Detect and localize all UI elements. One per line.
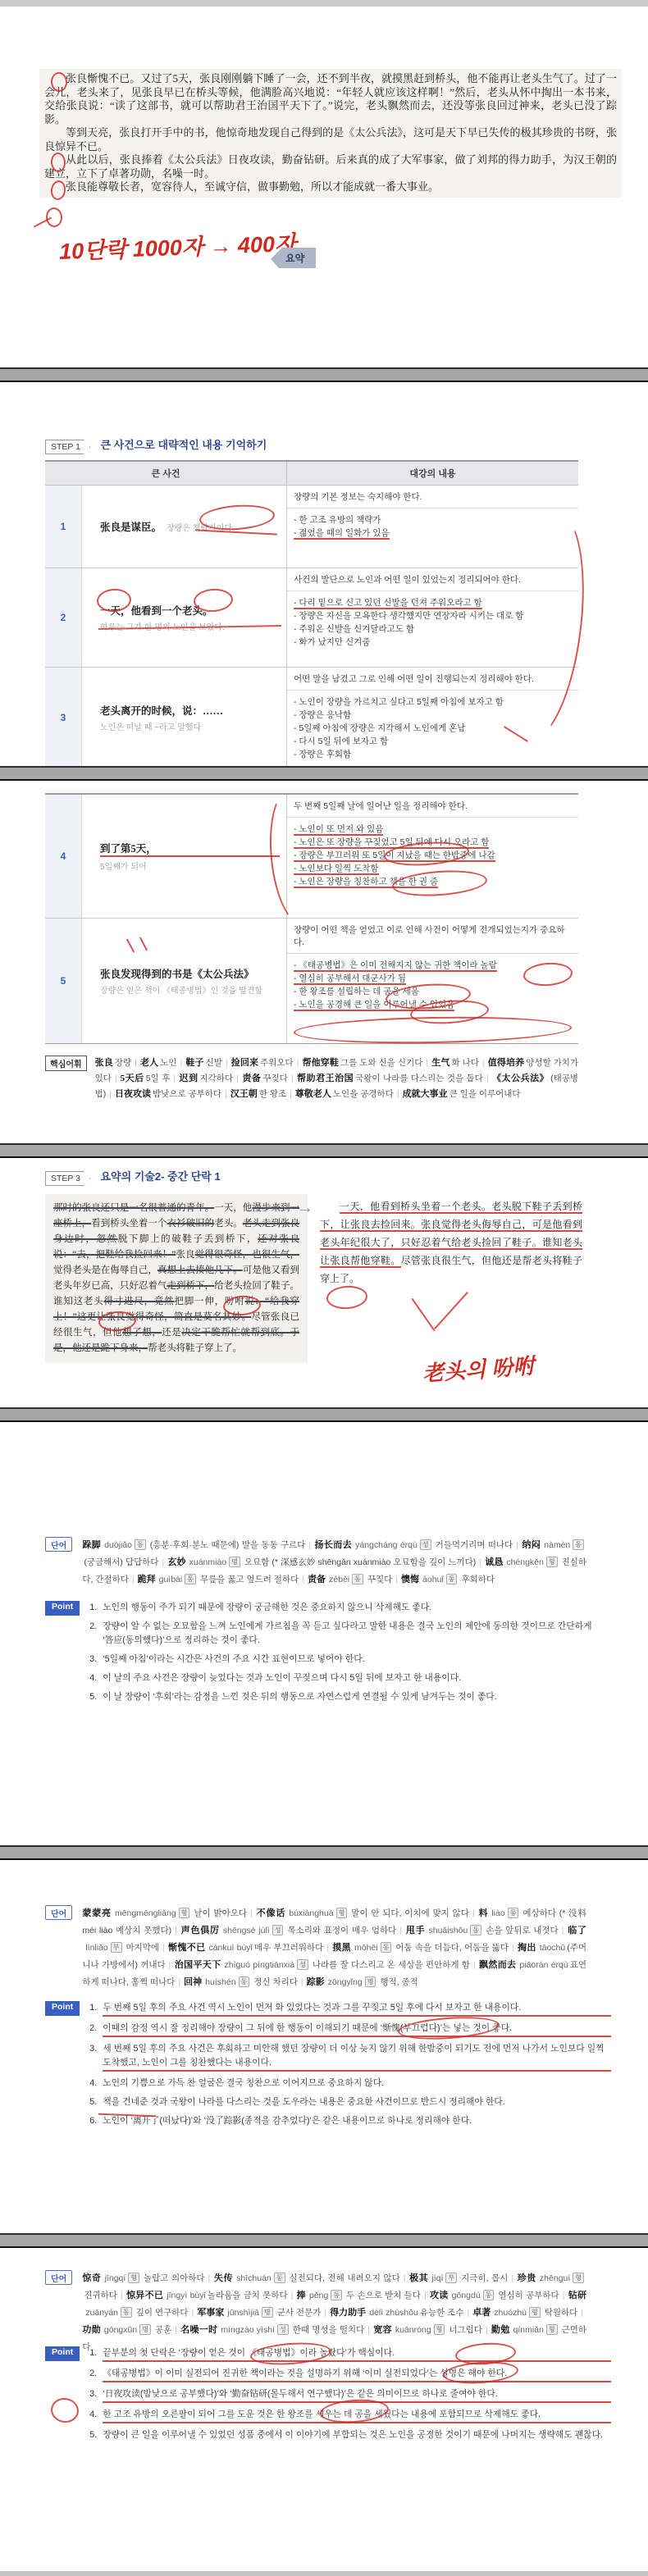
step1-header: STEP 1 큰 사건으로 대략적인 내용 기억하기 — [45, 436, 267, 454]
bullet-item: - 노인을 공경해 큰 일을 이루어낼 수 있었음 — [294, 998, 572, 1011]
step-title: 요약의 기술2- 중간 단락 1 — [100, 1170, 220, 1183]
text-segment: 那时的张良还只是一名很普通的青年。 — [53, 1203, 214, 1213]
text-segment: 觉得老头是在侮辱自己， — [53, 1265, 157, 1275]
text-segment: 还是 — [162, 1328, 181, 1338]
vocab-list: 蒙蒙亮mēngmēngliàng형날이 밝아오다|不像话búxiànghuà형말… — [82, 1905, 586, 1991]
bullet-item: - 장량은 후회함 — [294, 748, 572, 761]
point-item: 3.‘日夜攻读(밤낮으로 공부했다)’와 ‘勤奋钻研(몰두해서 연구했다)’은 … — [89, 2387, 611, 2403]
page-6: 단어 蒙蒙亮mēngmēngliàng형날이 밝아오다|不像话búxiànghu… — [0, 1860, 648, 2233]
vocab-entry: 玄妙xuánmiào명오묘함 (* 深感玄妙 shēngǎn xuánmiào … — [167, 1557, 485, 1567]
point-label: Point — [45, 2001, 80, 2016]
event-korean: 장량은 얻은 책이 《태공병법》인 것을 발견함 — [100, 983, 280, 996]
event-table: 큰 사건 대강의 내용 1 张良是谋臣。장량은 책략가이다. 장량의 기본 정보… — [45, 460, 578, 766]
red-stroke-annotation — [34, 217, 52, 227]
text-segment: 谁知这老头 — [53, 1297, 103, 1306]
red-stroke-annotation — [434, 1292, 468, 1329]
event-chinese: 老头离开的时候，说：…… — [100, 703, 280, 718]
bullet-list: - 노인이 또 먼저 와 있음- 노인은 또 장량을 꾸짖었고 5일 뒤에 다시… — [287, 818, 578, 893]
keyword-entry: 日夜攻读밤낮으로 공부하다| — [115, 1089, 230, 1099]
arrow-icon: → — [297, 1199, 313, 1218]
bullet-list: - 노인이 장량을 가르치고 싶다고 5일째 아침에 보자고 함- 장량은 응낙… — [287, 691, 578, 766]
page-7: 단어 惊奇jīngqí형놀랍고 의아하다|失传shīchuán동실전되다, 전해… — [0, 2248, 648, 2571]
paragraph: 张良惭愧不已。又过了5天，张良刚刚躺下睡了一会，还不到半夜，就摸黑赶到桥头，他不… — [44, 72, 617, 126]
handwriting-annotation: 10단락 1000자 → 400자 — [58, 226, 296, 266]
vocab-label: 단어 — [45, 2270, 72, 2285]
vocab-section: 단어 跺脚duòjiǎo동(흥분·후회·분노 때문에) 발을 동동 구르다|扬长… — [45, 1537, 586, 1589]
point-item: 5.책을 건네준 것과 국왕이 나라를 다스리는 것을 도우라는 내용은 중요한… — [89, 2095, 611, 2109]
page-2: STEP 1 큰 사건으로 대략적인 내용 기억하기 큰 사건 대강의 내용 1… — [0, 382, 648, 766]
vocab-entry: 跪拜guìbài동무릎을 꿇고 엎드려 절하다| — [138, 1575, 308, 1584]
bullet-list: - 다리 밑으로 신고 있던 신발을 던져 주워오라고 함- 장량은 자신을 모… — [287, 591, 578, 654]
vocab-entry: 功勋gōngxūn명공훈| — [82, 2325, 180, 2335]
text-segment: 得寸进尺，竟然 — [103, 1297, 174, 1306]
text-segment: 想了想， — [122, 1328, 162, 1338]
vocab-entry: 扬长而去yángcháng érqù성거들먹거리며 떠나다| — [314, 1540, 522, 1550]
bullet-item: - 다시 5일 뒤에 보자고 함 — [294, 735, 572, 748]
point-label: Point — [45, 2346, 80, 2361]
point-item: 2.이때의 감정 역시 잘 정리해야 장량이 그 뒤에 한 행동이 이해되기 때… — [89, 2022, 611, 2037]
row-number: 3 — [45, 668, 82, 766]
guide-text: 두 번째 5일째 날에 일어난 일을 정리해야 한다. — [287, 795, 578, 818]
bullet-item: - 한 고조 유방의 책략가 — [294, 513, 572, 527]
bullet-item: - 열심히 공부해서 대군사가 됨 — [294, 972, 572, 985]
point-item: 4.이 날의 주요 사건은 장량이 늦었다는 것과 노인이 꾸짖으며 다시 5일… — [89, 1671, 603, 1685]
step-badge: STEP 1 — [45, 440, 90, 454]
page-divider — [0, 367, 648, 382]
original-paragraph-with-strikes: 那时的张良还只是一名很普通的青年。一天，他漫步来到一座桥上，看到桥头坐着一个衣衫… — [45, 1194, 308, 1363]
text-segment: 张良 — [176, 1250, 194, 1260]
text-segment: 这更让张良觉得奇怪，简直是莫名其妙。 — [77, 1312, 252, 1322]
content-cell: 어떤 말을 남겼고 그로 인해 어떤 일이 진행되는지 정리해야 한다. - 노… — [287, 668, 578, 766]
vocab-entry: 踪影zōngyǐng명행적, 종적| — [307, 1977, 418, 1987]
bullet-item: - 노인보다 일찍 도착함 — [294, 862, 572, 875]
point-section: Point 1.끝부분의 첫 단락은 ‘장량이 얻은 것이 《태공병법》이라 놀… — [45, 2346, 611, 2447]
text-segment: 看到桥头坐着一个 — [91, 1219, 167, 1229]
event-korean: 노인은 떠날 때 ~라고 말했다 — [100, 720, 280, 732]
text-segment: 给老头捡回了鞋子。 — [214, 1281, 299, 1291]
vocab-entry: 宽容kuānróng형너그럽다| — [373, 2325, 491, 2335]
point-item: 4.한 고조 유방의 오른팔이 되어 그를 도운 것은 한 왕조를 세우는 데 … — [89, 2408, 611, 2423]
content-cell: 사건의 발단으로 노인과 어떤 일이 있었는지 정리되어야 한다. - 다리 밑… — [287, 568, 578, 667]
page-1: 张良惭愧不已。又过了5天，张良刚刚躺下睡了一会，还不到半夜，就摸黑赶到桥头，他不… — [0, 7, 648, 367]
event-korean: 하루는 그가 한 명의 노인을 보았다. — [100, 620, 280, 632]
text-segment: 走到桥下， — [167, 1281, 214, 1291]
bullet-item: - 주워온 신발을 신겨달라고도 함 — [294, 622, 572, 636]
vocab-entry: 攻读gōngdú동열심히 공부하다| — [430, 2291, 568, 2300]
table-row: 5 张良发现得到的书是《太公兵法》 장량은 얻은 책이 《태공병법》인 것을 발… — [45, 919, 578, 1043]
event-cell: 张良发现得到的书是《太公兵法》 장량은 얻은 책이 《태공병법》인 것을 발견함 — [82, 919, 287, 1043]
vocab-entry: 失传shīchuán동실전되다, 전해 내려오지 않다| — [213, 2273, 408, 2283]
point-item: 6.노인이 ‘离开了(떠났다)’와 ‘没了踪影(종적을 감추었다)’은 같은 내… — [89, 2114, 611, 2128]
table-header: 큰 사건 대강의 내용 — [45, 462, 578, 486]
event-chinese: 张良是谋臣。 — [100, 522, 162, 533]
keyword-entry: 成就大事业큰 일을 이루어내다| — [403, 1089, 521, 1099]
bullet-item: - 노인은 장량을 칭찬하고 책을 한 권 줌 — [294, 875, 572, 888]
paragraph: 从此以后，张良捧着《太公兵法》日夜攻读，勤奋钻研。后来真的成了大军事家，做了刘邦… — [44, 153, 617, 180]
table-row: 3 老头离开的时候，说：…… 노인은 떠날 때 ~라고 말했다 어떤 말을 남겼… — [45, 668, 578, 766]
vocab-entry: 懊悔àohuǐ동후회하다| — [401, 1575, 495, 1584]
keyword-label: 핵심어휘 — [45, 1055, 87, 1071]
text-segment: 真想上去揍他几下。 — [157, 1265, 243, 1275]
bullet-item: - 《태공병법》은 이미 전해지지 않는 귀한 책이라 놀람 — [294, 959, 572, 972]
point-list: 1.두 번째 5일 후의 주요 사건 역시 노인이 먼저 와 있었다는 것과 그… — [89, 2001, 611, 2133]
paragraph: 等到天亮，张良打开手中的书，他惊奇地发现自己得到的是《太公兵法》，这可是天下早已… — [44, 126, 617, 153]
handwriting-annotation: 老头의 吩咐 — [422, 1349, 536, 1387]
page-divider — [0, 766, 648, 781]
point-item: 2.《태공병법》이 이미 실전되어 진귀한 책이라는 것을 설명하기 위해 ‘이… — [89, 2367, 611, 2382]
event-cell: 一天，他看到一个老头。 하루는 그가 한 명의 노인을 보았다. — [82, 568, 287, 667]
vocab-entry: 捧pěng동두 손으로 받쳐 들다| — [296, 2291, 429, 2300]
text-segment: 把脚一伸，吩咐 — [174, 1297, 244, 1306]
point-section: Point 1.노인의 행동이 주가 되기 때문에 장량이 궁금해한 것은 중요… — [45, 1601, 603, 1709]
vocab-entry: 不像话búxiànghuà형말이 안 되다, 이치에 맞지 않다| — [256, 1908, 478, 1918]
text-segment: 一天，他看到桥头坐着一个老头。 — [340, 1201, 491, 1214]
red-circle-annotation — [45, 207, 63, 227]
event-chinese: 到了第5天， — [100, 841, 280, 857]
keyword-entry: 捡回来주워오다| — [231, 1058, 303, 1068]
point-item: 4.노인의 기쁨으로 가득 찬 얼굴은 결국 칭찬으로 이어지므로 중요하지 않… — [89, 2077, 611, 2090]
keyword-list: 张良장량|老人노인|鞋子신발|捡回来주워오다|帮他穿鞋그를 도와 신을 신기다|… — [95, 1055, 578, 1102]
bullet-item: - 노인이 또 먼저 와 있음 — [294, 823, 572, 836]
table-row: 2 一天，他看到一个老头。 하루는 그가 한 명의 노인을 보았다. 사건의 발… — [45, 568, 578, 668]
keyword-entry: 责备꾸짖다| — [242, 1074, 297, 1083]
table-row: 1 张良是谋臣。장량은 책략가이다. 장량의 기본 정보는 숙지해야 한다. -… — [45, 486, 578, 568]
story-text-final-paragraphs: 张良惭愧不已。又过了5天，张良刚刚躺下睡了一会，还不到半夜，就摸黑赶到桥头，他不… — [39, 69, 622, 198]
vocab-section: 단어 蒙蒙亮mēngmēngliàng형날이 밝아오다|不像话búxiànghu… — [45, 1905, 586, 1991]
event-cell: 到了第5天， 5일째가 되어 — [82, 795, 287, 918]
keyword-entry: 老人노인| — [140, 1058, 185, 1068]
keyword-entry: 帮助君王治国국왕이 나라를 다스리는 것을 돕다| — [297, 1074, 492, 1083]
bottom-margin — [0, 2571, 648, 2576]
guide-text: 장량의 기본 정보는 숙지해야 한다. — [287, 486, 578, 508]
bullet-item: - 장량은 자신을 모욕한다 생각했지만 연장자라 시키는 대로 함 — [294, 609, 572, 622]
keyword-entry: 鞋子신발| — [185, 1058, 230, 1068]
page-divider — [0, 2233, 648, 2248]
vocab-entry: 责备zébèi동꾸짖다| — [308, 1575, 401, 1584]
vocab-entry: 得力助手délì zhùshǒu유능한 조수| — [330, 2308, 472, 2318]
point-section: Point 1.두 번째 5일 후의 주요 사건 역시 노인이 먼저 와 있었다… — [45, 2001, 611, 2133]
step-title: 큰 사건으로 대략적인 내용 기억하기 — [100, 439, 267, 451]
vocab-entry: 甩手shuǎishǒu동손을 앞뒤로 내젓다| — [405, 1926, 567, 1935]
guide-text: 사건의 발단으로 노인과 어떤 일이 있었는지 정리되어야 한다. — [287, 568, 578, 591]
content-cell: 장량이 어떤 책을 얻었고 이로 인해 사건이 어떻게 전개되었는지가 중요하다… — [287, 919, 578, 1043]
point-item: 3.‘5일째 아침’이라는 시간은 사건의 주요 시간 표현이므로 넣어야 한다… — [89, 1653, 603, 1666]
table-row: 4 到了第5天， 5일째가 되어 두 번째 5일째 날에 일어난 일을 정리해야… — [45, 795, 578, 919]
text-segment: 帮老头将鞋子穿上了。 — [148, 1343, 242, 1353]
point-item: 2.장량이 알 수 없는 오묘함을 느껴 노인에게 가르침을 꼭 듣고 싶다라고… — [89, 1620, 603, 1648]
vocab-entry: 惭愧不已cánkuì bùyǐ매우 부끄러워하다| — [168, 1943, 332, 1953]
event-chinese: 张良发现得到的书是《太公兵法》 — [100, 966, 280, 981]
page-divider — [0, 1407, 648, 1422]
vocab-entry: 摸黑mōhēi동어둠 속을 더듬다, 어둠을 뚫다| — [332, 1943, 518, 1953]
text-segment: 衣衫破旧的 — [167, 1219, 215, 1229]
column-header: 큰 사건 — [45, 462, 287, 485]
bullet-item: - 다리 밑으로 신고 있던 신발을 던져 주워오라고 함 — [294, 596, 572, 609]
guide-text: 장량이 어떤 책을 얻었고 이로 인해 사건이 어떻게 전개되었는지가 중요하다… — [287, 919, 578, 954]
summary-paragraph: 一天，他看到桥头坐着一个老头。老头脱下鞋子丢到桥下，让张良去捡回来。张良觉得老头… — [320, 1197, 582, 1288]
row-number: 4 — [45, 795, 82, 918]
keyword-section: 핵심어휘 张良장량|老人노인|鞋子신발|捡回来주워오다|帮他穿鞋그를 도와 신을… — [45, 1055, 578, 1102]
vocab-entry: 惊异不已jīngyì bùyǐ놀라움을 금치 못하다| — [126, 2291, 297, 2300]
paragraph: 张良能尊敬长者，宽容待人，至诚守信，做事勤勉，所以才能成就一番大事业。 — [44, 180, 617, 194]
document-viewer: 张良惭愧不已。又过了5天，张良刚刚躺下睡了一会，还不到半夜，就摸黑赶到桥头，他不… — [0, 7, 648, 2576]
event-chinese: 一天，他看到一个老头。 — [100, 603, 280, 618]
bullet-item: - 한 왕조를 설립하는 데 공을 세움 — [294, 985, 572, 998]
bullet-list: - 《태공병법》은 이미 전해지지 않는 귀한 책이라 놀람- 열심히 공부해서… — [287, 954, 578, 1016]
row-number: 5 — [45, 919, 82, 1043]
text-segment: 脱下脚上的破鞋子丢到桥下， — [118, 1234, 258, 1244]
keyword-entry: 5天后5일 후| — [121, 1074, 179, 1083]
point-list: 1.노인의 행동이 주가 되기 때문에 장량이 궁금해한 것은 중요하지 않으니… — [89, 1601, 603, 1709]
step3-header: STEP 3 요약의 기술2- 중간 단락 1 — [45, 1168, 221, 1186]
vocab-label: 단어 — [45, 1537, 72, 1552]
vocab-entry: 蒙蒙亮mēngmēngliàng형날이 밝아오다| — [82, 1908, 255, 1918]
vocab-entry: 治国平天下zhìguó píngtiānxià성나라를 잘 다스리고 온 세상을… — [174, 1960, 478, 1970]
text-segment: 一天，他 — [214, 1203, 252, 1213]
keyword-entry: 生气화 나다| — [431, 1058, 488, 1068]
column-header: 대강의 내용 — [287, 462, 578, 485]
vocab-entry: 名噪一时míngzào yìshí성한때 명성을 떨치다| — [180, 2325, 373, 2335]
keyword-entry: 帮他穿鞋그를 도와 신을 신기다| — [302, 1058, 431, 1068]
bullet-item: - 5일째 아침에 장량은 지각해서 노인에게 혼남 — [294, 722, 572, 735]
vocab-entry: 极其jíqí부지극히, 몹시| — [409, 2273, 518, 2283]
keyword-entry: 尊敬老人노인을 공경하다| — [295, 1089, 403, 1099]
vocab-entry: 回神huíshén동정신 차리다| — [184, 1977, 306, 1987]
keyword-entry: 汉王朝한 왕조| — [230, 1089, 295, 1099]
page-divider — [0, 1143, 648, 1158]
bullet-item: - 장량은 부끄러워 또 5일이 지났을 때는 한밤중에 나감 — [294, 849, 572, 862]
point-item: 3.세 번째 5일 후의 주요 사건은 후회하고 미안해 했던 장량이 더 이상… — [89, 2042, 611, 2072]
content-cell: 두 번째 5일째 날에 일어난 일을 정리해야 한다. - 노인이 또 먼저 와… — [287, 795, 578, 918]
page-5: 단어 跺脚duòjiǎo동(흥분·후회·분노 때문에) 발을 동동 구르다|扬长… — [0, 1422, 648, 1845]
point-item: 5.이 날 장량이 ‘후회’라는 감정을 느낀 것은 뒤의 행동으로 자연스럽게… — [89, 1690, 603, 1704]
row-number: 2 — [45, 568, 82, 667]
keyword-entry: 张良장량| — [95, 1058, 140, 1068]
event-cell: 老头离开的时候，说：…… 노인은 떠날 때 ~라고 말했다 — [82, 668, 287, 766]
bullet-item: - 젊었을 때의 일화가 있음 — [294, 527, 572, 540]
red-circle-annotation — [326, 1284, 368, 1310]
event-cell: 张良是谋臣。장량은 책략가이다. — [82, 486, 287, 568]
point-item: 1.두 번째 5일 후의 주요 사건 역시 노인이 먼저 와 있었다는 것과 그… — [89, 2001, 611, 2017]
page-3: 4 到了第5天， 5일째가 되어 두 번째 5일째 날에 일어난 일을 정리해야… — [0, 781, 648, 1143]
step-badge: STEP 3 — [45, 1171, 90, 1186]
event-korean: 5일째가 되어 — [100, 859, 280, 872]
vocab-entry: 惊奇jīngqí형놀랍고 의아하다| — [82, 2273, 213, 2283]
point-list: 1.끝부분의 첫 단락은 ‘장량이 얻은 것이 《태공병법》이라 놀랐다’가 핵… — [89, 2346, 611, 2447]
point-item: 1.노인의 행동이 주가 되기 때문에 장량이 궁금해한 것은 중요하지 않으니… — [89, 1601, 603, 1615]
text-segment: 老头。 — [214, 1219, 243, 1229]
text-segment: 觉得很奇怪，也很生气， — [195, 1250, 299, 1260]
point-label: Point — [45, 1601, 80, 1616]
bullet-list: - 한 고조 유방의 책략가- 젊었을 때의 일화가 있음 — [287, 508, 578, 545]
red-stroke-annotation — [411, 1298, 435, 1331]
point-item: 1.끝부분의 첫 단락은 ‘장량이 얻은 것이 《태공병법》이라 놀랐다’가 핵… — [89, 2346, 611, 2362]
vocab-list: 跺脚duòjiǎo동(흥분·후회·분노 때문에) 발을 동동 구르다|扬长而去y… — [82, 1537, 586, 1589]
page-divider — [0, 1845, 648, 1860]
bullet-item: - 장량은 응낙함 — [294, 709, 572, 722]
vocab-section: 단어 惊奇jīngqí형놀랍고 의아하다|失传shīchuán동실전되다, 전해… — [45, 2270, 586, 2356]
point-item: 5.장량이 큰 일을 이루어낼 수 있었던 성품 중에서 이 이야기에 부합되는… — [89, 2428, 611, 2442]
vocab-label: 단어 — [45, 1905, 72, 1920]
guide-text: 어떤 말을 남겼고 그로 인해 어떤 일이 진행되는지 정리해야 한다. — [287, 668, 578, 691]
content-cell: 장량의 기본 정보는 숙지해야 한다. - 한 고조 유방의 책략가- 젊었을 … — [287, 486, 578, 568]
bullet-item: - 노인은 또 장량을 꾸짖었고 5일 뒤에 다시 오라고 함 — [294, 836, 572, 849]
bullet-item: - 노인이 장량을 가르치고 싶다고 5일째 아침에 보자고 함 — [294, 695, 572, 709]
vocab-list: 惊奇jīngqí형놀랍고 의아하다|失传shīchuán동실전되다, 전해 내려… — [82, 2270, 586, 2356]
vocab-entry: 卓著zhuózhù형탁월하다| — [472, 2308, 586, 2318]
keyword-entry: 迟到지각하다| — [179, 1074, 242, 1083]
vocab-entry: 声色俱厉shēngsè jùlì성목소리와 표정이 매우 엄하다| — [180, 1926, 405, 1935]
event-table-continued: 4 到了第5天， 5일째가 되어 두 번째 5일째 날에 일어난 일을 정리해야… — [45, 793, 578, 1044]
page-4: STEP 3 요약의 기술2- 중간 단락 1 那时的张良还只是一名很普通的青年… — [0, 1158, 648, 1407]
vocab-entry: 军事家jūnshìjiā명군사 전문가| — [197, 2308, 330, 2318]
vocab-entry: 跺脚duòjiǎo동(흥분·후회·분노 때문에) 발을 동동 구르다| — [82, 1540, 314, 1550]
bullet-item: - 화가 났지만 신겨줌 — [294, 636, 572, 649]
row-number: 1 — [45, 486, 82, 568]
event-korean: 장량은 책략가이다. — [167, 524, 235, 533]
